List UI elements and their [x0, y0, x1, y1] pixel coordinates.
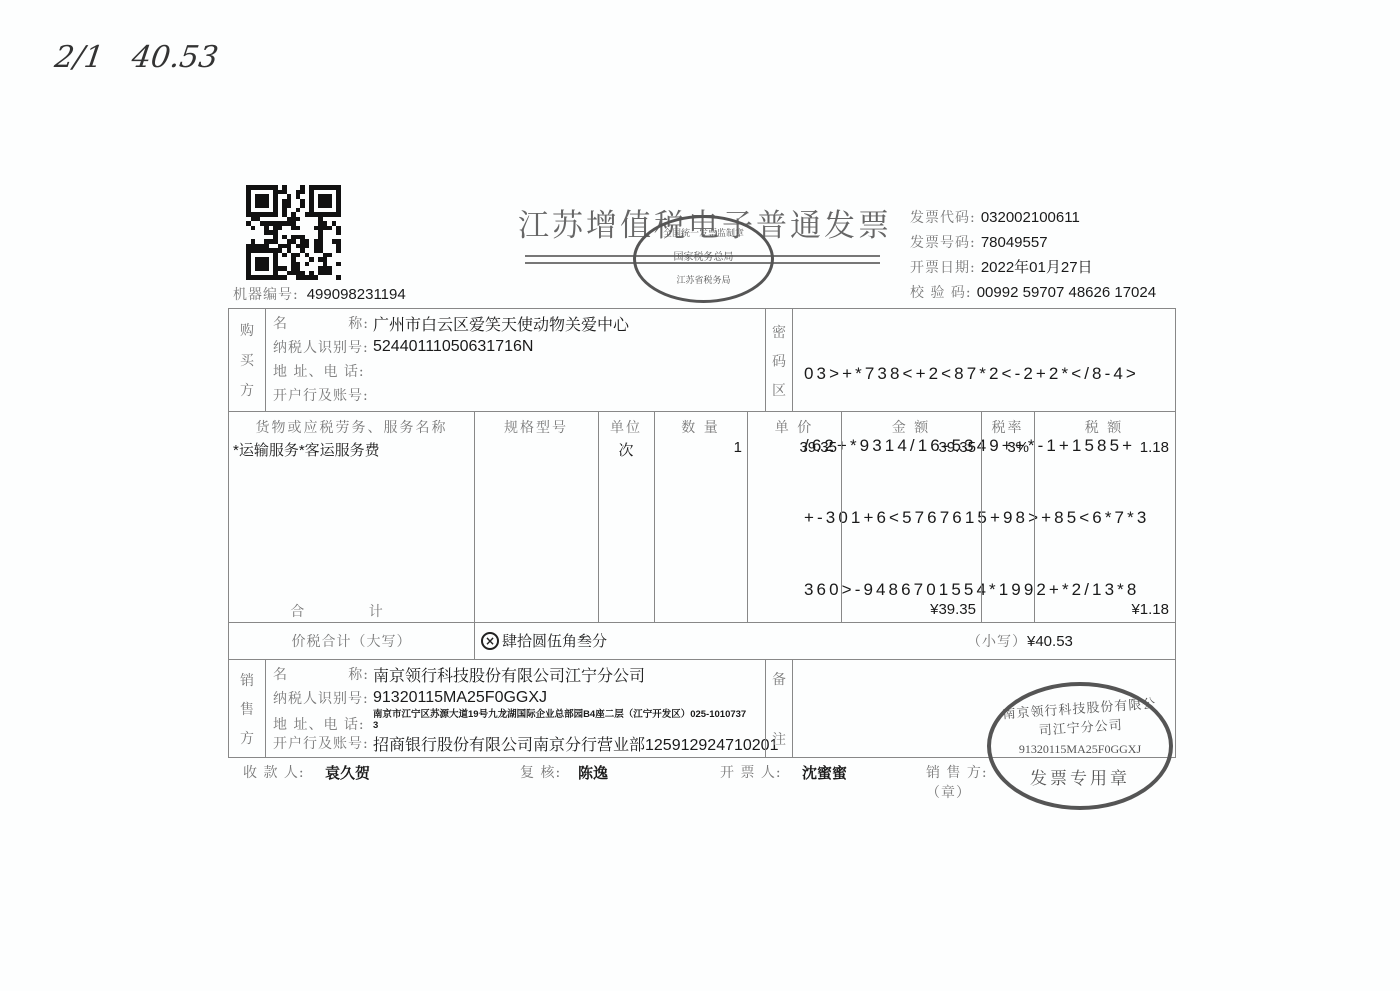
issue-date-row: 开票日期: 2022年01月27日 — [910, 255, 1156, 280]
grand-total-label: 价税合计（大写） — [229, 631, 474, 651]
seller-tax-id-label: 纳税人识别号: — [273, 688, 369, 708]
header-quantity: 数 量 — [654, 417, 747, 437]
remarks-label-char: 注 — [772, 729, 786, 749]
seller-address-line: 3 — [373, 720, 378, 731]
header-spec: 规格型号 — [474, 417, 598, 437]
seller-tax-id: 91320115MA25F0GGXJ — [373, 689, 547, 707]
cipher-line: 03>+*738<+2<87*2<-2+2*</8-4> — [804, 362, 1149, 386]
machine-number: 机器编号: 499098231194 — [233, 284, 406, 304]
buyer-name-row: 名称: 广州市白云区爱笑天使动物关爱中心 — [273, 311, 629, 335]
check-code: 00992 59707 48626 17024 — [977, 284, 1156, 301]
seller-bank-row: 开户行及账号: 招商银行股份有限公司南京分行营业部125912924710201 — [273, 731, 778, 755]
qr-code — [246, 185, 341, 280]
seller-name: 南京领行科技股份有限公司江宁分公司 — [373, 663, 645, 686]
official-seal-top-text: 全国统一发票监制章 — [636, 226, 771, 239]
issuer: 沈蜜蜜 — [802, 762, 847, 783]
seller-seal-top-text: 南京领行科技股份有限公司江宁分公司 — [1000, 693, 1160, 742]
item-quantity: 1 — [654, 439, 742, 456]
machine-number-label: 机器编号: — [233, 284, 299, 304]
buyer-label-char: 买 — [240, 350, 254, 370]
invoice-code-row: 发票代码: 032002100611 — [910, 205, 1156, 230]
item-name: *运输服务*客运服务费 — [233, 439, 380, 460]
divider — [474, 622, 475, 659]
divider — [265, 309, 266, 411]
total-tax: ¥1.18 — [1034, 601, 1169, 618]
divider — [792, 309, 793, 411]
divider — [474, 411, 475, 622]
machine-number-value: 499098231194 — [307, 286, 406, 303]
payee-label: 收 款 人: — [243, 762, 305, 782]
invoice-number-label: 发票号码: — [910, 235, 976, 251]
total-label: 合 计 — [229, 601, 474, 621]
reviewer-label: 复 核: — [520, 762, 561, 782]
grand-total-uppercase: × 肆拾圆伍角叁分 — [481, 630, 607, 651]
grand-total-lowercase-value: ¥40.53 — [1027, 633, 1073, 650]
item-amount: 39.35 — [841, 439, 976, 456]
items-table: 货物或应税劳务、服务名称 规格型号 单位 数 量 单 价 金 额 税率 税 额 … — [229, 411, 1174, 622]
invoice-number: 78049557 — [981, 234, 1048, 251]
item-unit-price: 39.35 — [747, 439, 837, 456]
seller-address-line: 南京市江宁区苏源大道19号九龙湖国际企业总部园B4座二层（江宁开发区）025-1… — [373, 709, 746, 720]
invoice-code-label: 发票代码: — [910, 210, 976, 226]
issue-date: 2022年01月27日 — [981, 259, 1093, 276]
seller-invoice-seal: 南京领行科技股份有限公司江宁分公司 91320115MA25F0GGXJ 发票专… — [987, 682, 1173, 810]
official-seal-bottom-text: 江苏省税务局 — [636, 273, 771, 286]
invoice-meta: 发票代码: 032002100611 发票号码: 78049557 开票日期: … — [910, 205, 1156, 305]
invoice-code: 032002100611 — [981, 209, 1080, 226]
seller-name-label: 名称: — [273, 664, 369, 684]
total-amount: ¥39.35 — [841, 601, 976, 618]
remarks-label-char: 备 — [772, 669, 786, 689]
divider — [265, 659, 266, 757]
buyer-address-label: 地 址、电 话: — [273, 361, 369, 381]
grand-total-lowercase: （小写） ¥40.53 — [967, 631, 1073, 651]
buyer-tax-id: 52440111050631716N — [373, 338, 533, 356]
buyer-bank-label: 开户行及账号: — [273, 385, 369, 405]
header-unit-price: 单 价 — [747, 417, 841, 437]
handwritten-note-amount: 40.53 — [130, 40, 221, 75]
seller-label-char: 销 — [240, 670, 254, 690]
circle-x-icon: × — [481, 632, 499, 650]
buyer-address-row: 地 址、电 话: — [273, 359, 369, 383]
invoice-number-row: 发票号码: 78049557 — [910, 230, 1156, 255]
official-tax-seal: 全国统一发票监制章 国家税务总局 江苏省税务局 — [633, 215, 774, 303]
buyer-name: 广州市白云区爱笑天使动物关爱中心 — [373, 312, 629, 335]
header-unit: 单位 — [598, 417, 654, 437]
seller-tax-id-row: 纳税人识别号: 91320115MA25F0GGXJ — [273, 686, 547, 710]
item-tax: 1.18 — [1034, 439, 1169, 456]
seller-seal-bottom-text: 发票专用章 — [991, 764, 1169, 789]
seller-label-char: 方 — [240, 728, 254, 748]
seller-section-label: 销 售 方 — [229, 665, 265, 753]
issue-date-label: 开票日期: — [910, 260, 976, 276]
divider — [792, 659, 793, 757]
buyer-label-char: 方 — [240, 380, 254, 400]
header-amount: 金 额 — [841, 417, 981, 437]
buyer-section-label: 购 买 方 — [229, 315, 265, 405]
cipher-area-label: 密 码 区 — [766, 317, 792, 405]
seller-address: 南京市江宁区苏源大道19号九龙湖国际企业总部园B4座二层（江宁开发区）025-1… — [373, 709, 746, 731]
remarks-label: 备 注 — [766, 669, 792, 749]
divider — [229, 622, 1175, 623]
grand-total-lowercase-label: （小写） — [967, 631, 1027, 651]
header-item-name: 货物或应税劳务、服务名称 — [229, 417, 474, 437]
buyer-tax-id-label: 纳税人识别号: — [273, 337, 369, 357]
handwritten-note-fraction: 2/1 — [53, 40, 106, 75]
seller-label-char: 售 — [240, 699, 254, 719]
seller-name-row: 名称: 南京领行科技股份有限公司江宁分公司 — [273, 662, 645, 686]
issuer-label: 开 票 人: — [720, 762, 782, 782]
seller-bank: 招商银行股份有限公司南京分行营业部125912924710201 — [373, 732, 778, 755]
check-code-label: 校 验 码: — [910, 285, 972, 301]
seller-seal-tax-id: 91320115MA25F0GGXJ — [991, 742, 1169, 757]
cipher-label-char: 区 — [772, 380, 786, 400]
header-tax-rate: 税率 — [981, 417, 1034, 437]
buyer-name-label: 名称: — [273, 313, 369, 333]
item-tax-rate: 3% — [981, 439, 1029, 456]
grand-total-uppercase-text: 肆拾圆伍角叁分 — [502, 630, 607, 651]
buyer-tax-id-row: 纳税人识别号: 52440111050631716N — [273, 335, 533, 359]
buyer-label-char: 购 — [240, 320, 254, 340]
item-unit: 次 — [598, 439, 654, 460]
divider — [229, 659, 1175, 660]
reviewer: 陈逸 — [578, 762, 608, 783]
payee: 袁久贺 — [325, 762, 370, 783]
cipher-label-char: 密 — [772, 322, 786, 342]
invoice-footer: 收 款 人: 袁久贺 复 核: 陈逸 开 票 人: 沈蜜蜜 销 售 方:（章） — [243, 762, 1023, 782]
cipher-label-char: 码 — [772, 351, 786, 371]
check-code-row: 校 验 码: 00992 59707 48626 17024 — [910, 280, 1156, 305]
header-tax: 税 额 — [1034, 417, 1174, 437]
buyer-bank-row: 开户行及账号: — [273, 383, 369, 407]
official-seal-middle-text: 国家税务总局 — [636, 248, 771, 263]
seller-bank-label: 开户行及账号: — [273, 733, 369, 753]
